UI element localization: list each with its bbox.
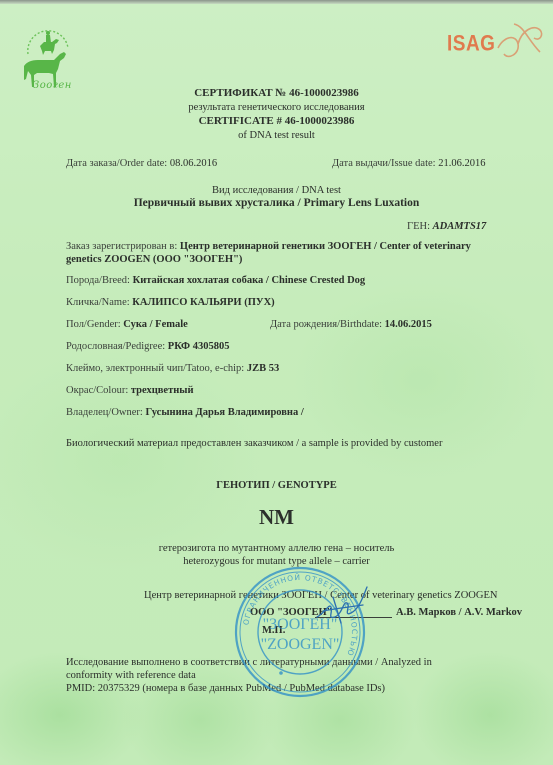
scan-top-edge bbox=[0, 0, 553, 4]
test-name: Первичный вывих хрусталика / Primary Len… bbox=[0, 197, 553, 210]
interpretation-en: heterozygous for mutant type allele – ca… bbox=[0, 555, 553, 568]
colour-value: трехцветный bbox=[131, 385, 194, 396]
breed: Порода/Breed: Китайская хохлатая собака … bbox=[66, 274, 365, 287]
gene-label: ГЕН: bbox=[407, 221, 433, 232]
gender-label: Пол/Gender: bbox=[66, 319, 123, 330]
order-date-value: 08.06.2016 bbox=[170, 158, 217, 169]
analyzed-note-cont: conformity with reference data bbox=[66, 669, 196, 682]
pedigree-value: РКФ 4305805 bbox=[168, 341, 230, 352]
certificate-subtitle-ru: результата генетического исследования bbox=[0, 101, 553, 114]
gene: ГЕН: ADAMTS17 bbox=[407, 220, 486, 233]
analyzed-note: Исследование выполнено в соответствии с … bbox=[66, 656, 432, 669]
registered-at: Заказ зарегистрирован в: Центр ветеринар… bbox=[66, 240, 471, 253]
center-name: Центр ветеринарной генетики ЗООГЕН / Cen… bbox=[144, 589, 497, 602]
issue-date-label: Дата выдачи/Issue date: bbox=[332, 158, 438, 169]
isag-logo-text: ISAG bbox=[447, 32, 495, 57]
certificate-title-en: CERTIFICATE # 46-1000023986 bbox=[0, 115, 553, 128]
chip-label: Клеймо, электронный чип/Tatoo, e-chip: bbox=[66, 363, 247, 374]
order-date: Дата заказа/Order date: 08.06.2016 bbox=[66, 157, 217, 170]
breed-value: Китайская хохлатая собака / Chinese Cres… bbox=[133, 275, 366, 286]
name-label: Кличка/Name: bbox=[66, 297, 132, 308]
signature-line bbox=[315, 617, 392, 618]
chip: Клеймо, электронный чип/Tatoo, e-chip: J… bbox=[66, 362, 279, 375]
genotype-value: NM bbox=[0, 505, 553, 529]
owner: Владелец/Owner: Гусынина Дарья Владимиро… bbox=[66, 406, 304, 419]
colour: Окрас/Colour: трехцветный bbox=[66, 384, 194, 397]
certificate-title-ru: СЕРТИФИКАТ № 46-1000023986 bbox=[0, 87, 553, 100]
owner-value: Гусынина Дарья Владимировна / bbox=[145, 407, 303, 418]
issue-date-value: 21.06.2016 bbox=[438, 158, 485, 169]
colour-label: Окрас/Colour: bbox=[66, 385, 131, 396]
dog-name: Кличка/Name: КАЛИПСО КАЛЬЯРИ (ПУХ) bbox=[66, 296, 275, 309]
sample-note: Биологический материал предоставлен зака… bbox=[66, 437, 442, 450]
breed-label: Порода/Breed: bbox=[66, 275, 133, 286]
birthdate-label: Дата рождения/Birthdate: bbox=[270, 319, 385, 330]
issue-date: Дата выдачи/Issue date: 21.06.2016 bbox=[332, 157, 485, 170]
certificate-subtitle-en: of DNA test result bbox=[0, 129, 553, 142]
signer-name: А.В. Марков / A.V. Markov bbox=[396, 606, 522, 619]
genotype-label: ГЕНОТИП / GENOTYPE bbox=[0, 479, 553, 492]
birthdate: Дата рождения/Birthdate: 14.06.2015 bbox=[270, 318, 432, 331]
pmid-reference: PMID: 20375329 (номера в базе данных Pub… bbox=[66, 682, 385, 695]
gender-value: Сука / Female bbox=[123, 319, 188, 330]
round-stamp-icon: ОГРАНИЧЕННОЙ ОТВЕТСТВЕННОСТЬЮ "ЗООГЕН" "… bbox=[233, 565, 367, 699]
isag-swirl-icon bbox=[494, 16, 550, 62]
seal-mark: М.П. bbox=[262, 624, 285, 637]
pedigree: Родословная/Pedigree: РКФ 4305805 bbox=[66, 340, 229, 353]
order-date-label: Дата заказа/Order date: bbox=[66, 158, 170, 169]
registered-value-cont: genetics ZOOGEN (ООО "ЗООГЕН") bbox=[66, 253, 242, 266]
pedigree-label: Родословная/Pedigree: bbox=[66, 341, 168, 352]
owner-label: Владелец/Owner: bbox=[66, 407, 145, 418]
birthdate-value: 14.06.2015 bbox=[385, 319, 432, 330]
gender: Пол/Gender: Сука / Female bbox=[66, 318, 188, 331]
test-type-label: Вид исследования / DNA test bbox=[0, 184, 553, 197]
gene-value: ADAMTS17 bbox=[433, 221, 487, 232]
chip-value: JZB 53 bbox=[247, 363, 279, 374]
registered-label: Заказ зарегистрирован в: bbox=[66, 241, 180, 252]
stamp-center-en: "ZOOGEN" bbox=[261, 636, 340, 653]
name-value: КАЛИПСО КАЛЬЯРИ (ПУХ) bbox=[132, 297, 274, 308]
registered-value: Центр ветеринарной генетики ЗООГЕН / Cen… bbox=[180, 241, 471, 252]
interpretation-ru: гетерозигота по мутантному аллелю гена –… bbox=[0, 542, 553, 555]
